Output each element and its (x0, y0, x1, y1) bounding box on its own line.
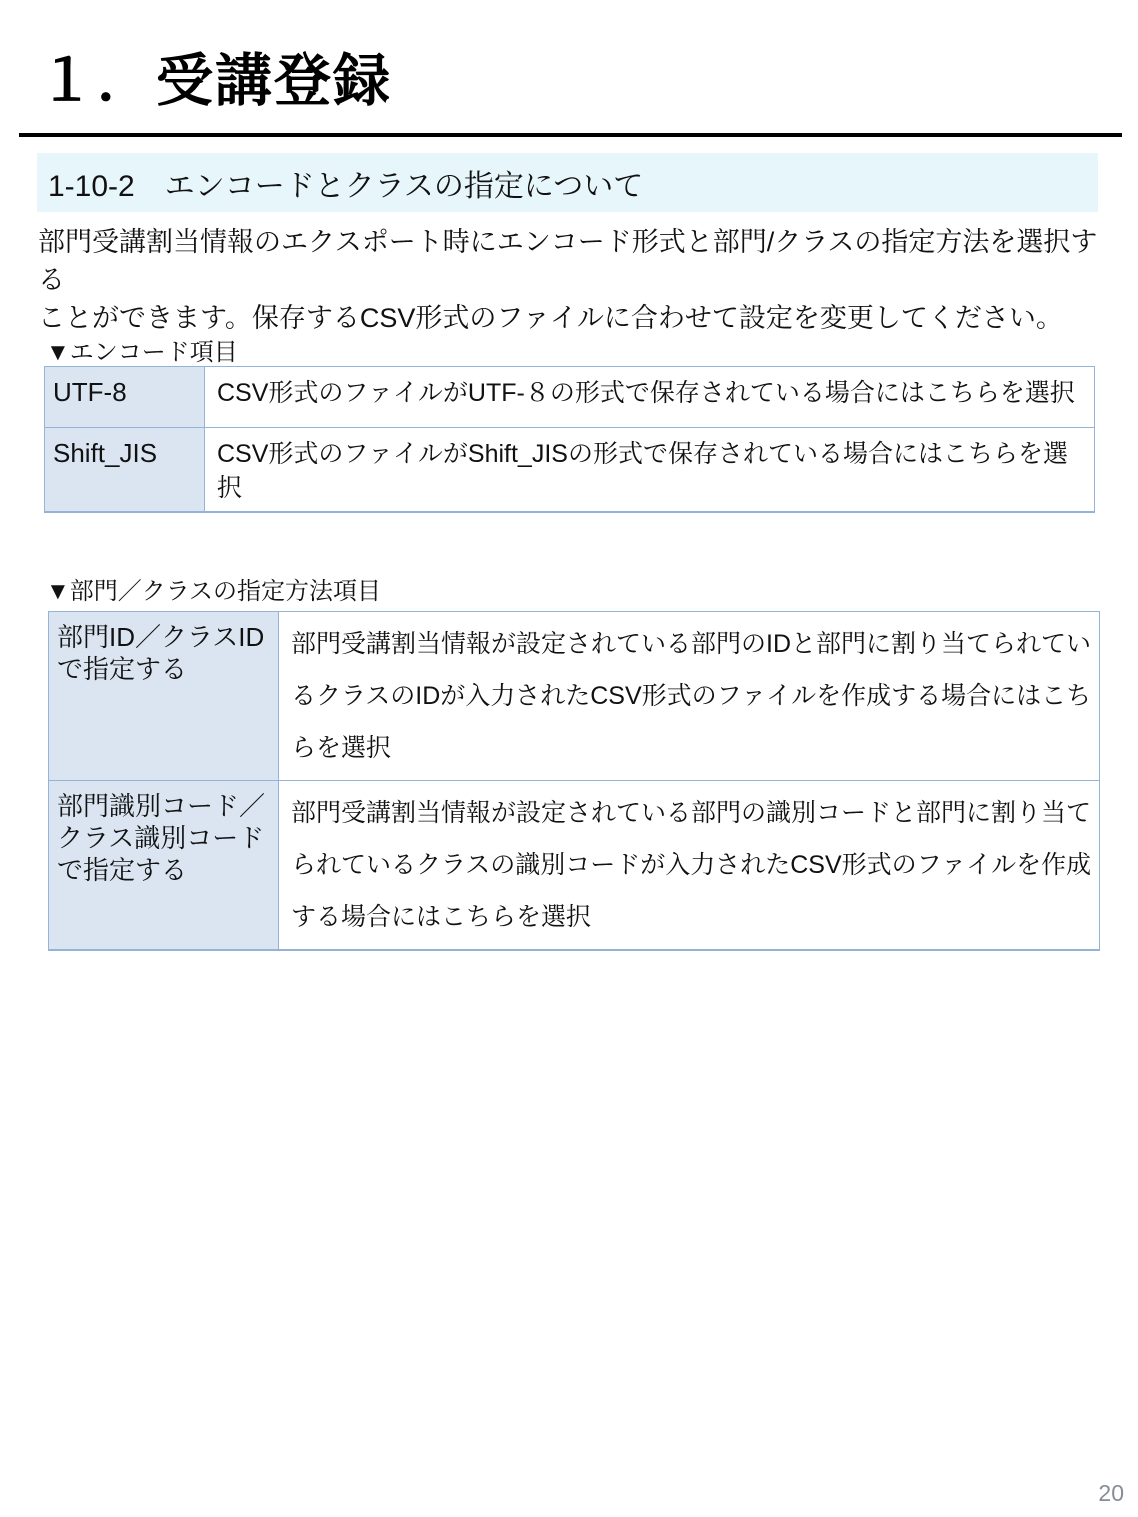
encode-table-label: ▼エンコード項目 (46, 332, 238, 367)
intro-line-1: 部門受講割当情報のエクスポート時にエンコード形式と部門/クラスの指定方法を選択す… (38, 223, 1108, 299)
intro-paragraph: 部門受講割当情報のエクスポート時にエンコード形式と部門/クラスの指定方法を選択す… (38, 223, 1108, 337)
class-row-code-desc: 部門受講割当情報が設定されている部門の識別コードと部門に割り当てられているクラス… (279, 781, 1100, 951)
section-heading: 1-10-2 エンコードとクラスの指定について (48, 161, 643, 205)
encode-row-utf8-term: UTF-8 (45, 367, 205, 428)
encode-row-shiftjis-term: Shift_JIS (45, 428, 205, 513)
section-heading-bar: 1-10-2 エンコードとクラスの指定について (37, 153, 1098, 212)
chapter-title: １．受講登録 (38, 46, 392, 117)
class-row-id-desc: 部門受講割当情報が設定されている部門のIDと部門に割り当てられているクラスのID… (279, 612, 1100, 781)
class-specification-table: 部門ID／クラスIDで指定する 部門受講割当情報が設定されている部門のIDと部門… (48, 611, 1100, 951)
class-row-id-term: 部門ID／クラスIDで指定する (49, 612, 279, 781)
page-number: 20 (1098, 1480, 1124, 1507)
title-divider (19, 133, 1122, 137)
table-row: 部門ID／クラスIDで指定する 部門受講割当情報が設定されている部門のIDと部門… (49, 612, 1100, 781)
encode-row-shiftjis-desc: CSV形式のファイルがShift_JISの形式で保存されている場合にはこちらを選… (205, 428, 1095, 513)
manual-page: １．受講登録 1-10-2 エンコードとクラスの指定について 部門受講割当情報の… (0, 0, 1138, 1517)
table-row: 部門識別コード／クラス識別コードで指定する 部門受講割当情報が設定されている部門… (49, 781, 1100, 951)
encode-table: UTF-8 CSV形式のファイルがUTF-８の形式で保存されている場合にはこちら… (44, 366, 1095, 513)
encode-row-utf8-desc: CSV形式のファイルがUTF-８の形式で保存されている場合にはこちらを選択 (205, 367, 1095, 428)
class-row-code-term: 部門識別コード／クラス識別コードで指定する (49, 781, 279, 951)
table-row: Shift_JIS CSV形式のファイルがShift_JISの形式で保存されてい… (45, 428, 1095, 513)
class-table-label: ▼部門／クラスの指定方法項目 (46, 571, 381, 606)
table-row: UTF-8 CSV形式のファイルがUTF-８の形式で保存されている場合にはこちら… (45, 367, 1095, 428)
